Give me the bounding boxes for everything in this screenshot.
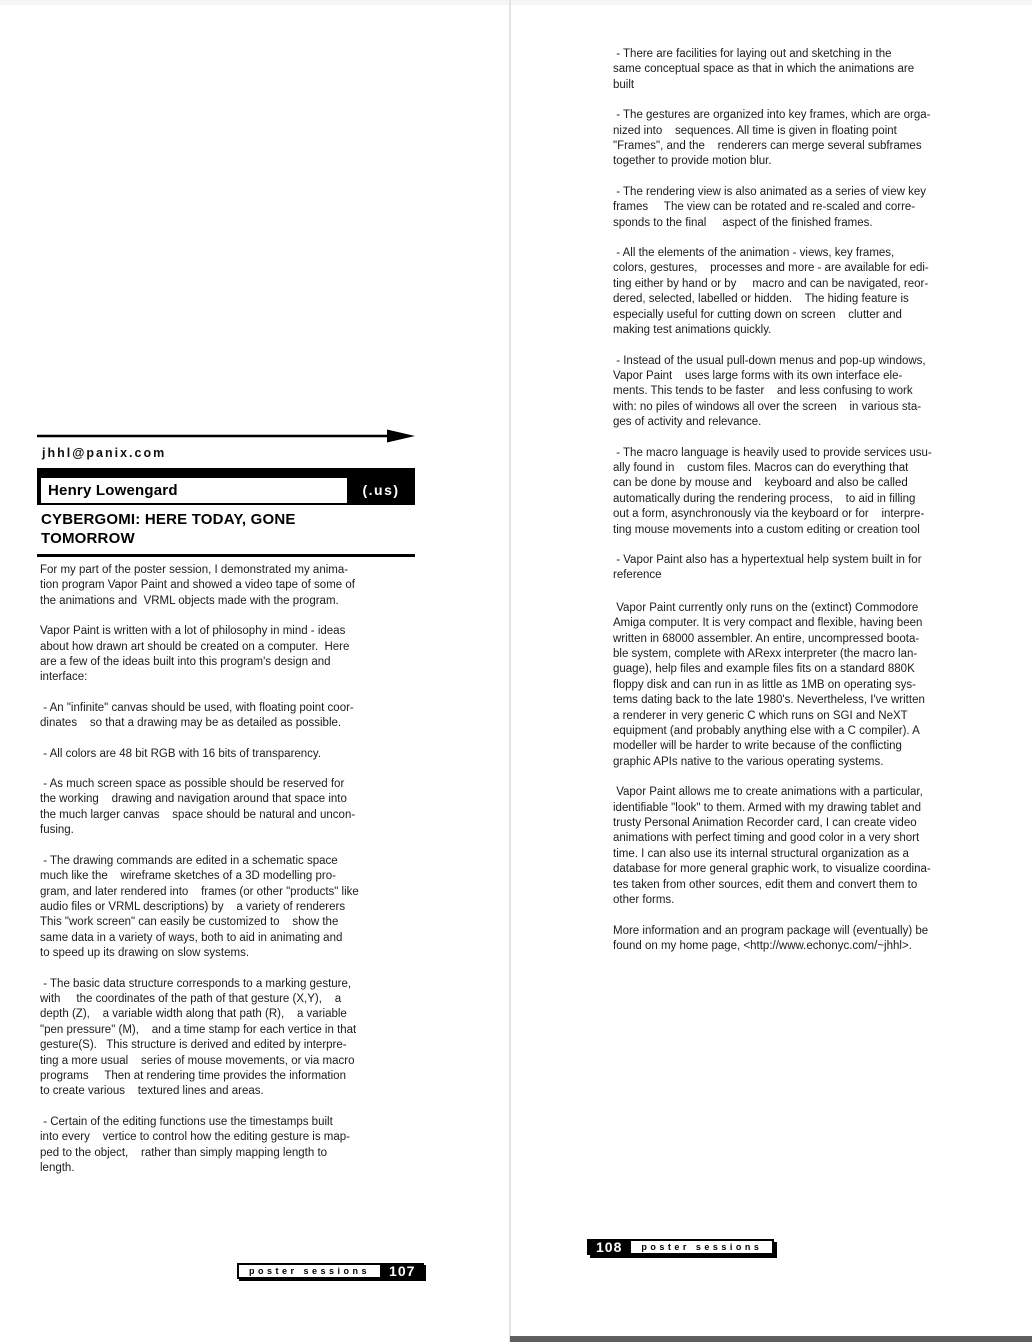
paragraph: - The rendering view is also animated as… bbox=[613, 185, 995, 231]
paragraph: Vapor Paint allows me to create animatio… bbox=[613, 785, 995, 908]
paragraph: Vapor Paint is written with a lot of phi… bbox=[40, 624, 422, 686]
title-rule bbox=[37, 554, 415, 557]
paragraph: - There are facilities for laying out an… bbox=[613, 47, 995, 93]
paragraph: - All colors are 48 bit RGB with 16 bits… bbox=[40, 747, 422, 762]
paragraph: - The basic data structure corresponds t… bbox=[40, 977, 422, 1100]
paragraph: - The macro language is heavily used to … bbox=[613, 446, 995, 538]
paragraph: - Certain of the editing functions use t… bbox=[40, 1115, 422, 1177]
author-banner: Henry Lowengard (.us) bbox=[37, 468, 415, 505]
author-name: Henry Lowengard bbox=[41, 482, 178, 499]
author-email: jhhl@panix.com bbox=[42, 446, 166, 460]
author-name-box: Henry Lowengard bbox=[41, 478, 347, 503]
footer-label-box: poster sessions bbox=[237, 1263, 380, 1279]
footer-page-number: 107 bbox=[380, 1263, 424, 1279]
bottom-edge-bar bbox=[510, 1336, 1032, 1342]
arrow-icon bbox=[37, 428, 415, 444]
article-title: CYBERGOMI: HERE TODAY, GONE TOMORROW bbox=[41, 511, 411, 548]
country-label: (.us) bbox=[347, 482, 415, 505]
footer-left: poster sessions 107 bbox=[237, 1263, 424, 1279]
footer-page-number: 108 bbox=[587, 1239, 631, 1255]
paragraph: - As much screen space as possible shoul… bbox=[40, 777, 422, 839]
right-column: - There are facilities for laying out an… bbox=[613, 47, 995, 969]
paragraph: - The gestures are organized into key fr… bbox=[613, 108, 995, 170]
scan-top-edge bbox=[0, 0, 1032, 5]
footer-right: 108 poster sessions bbox=[587, 1239, 774, 1255]
paragraph: - All the elements of the animation - vi… bbox=[613, 246, 995, 338]
paragraph: - Vapor Paint also has a hypertextual he… bbox=[613, 553, 995, 584]
paragraph: More information and an program package … bbox=[613, 924, 995, 955]
paragraph: Vapor Paint currently only runs on the (… bbox=[613, 601, 995, 770]
footer-label-box: poster sessions bbox=[631, 1239, 774, 1255]
left-column: For my part of the poster session, I dem… bbox=[40, 563, 422, 1191]
page-separator bbox=[509, 0, 511, 1342]
footer-page-label: poster sessions bbox=[641, 1242, 762, 1252]
paragraph: For my part of the poster session, I dem… bbox=[40, 563, 422, 609]
paragraph: - An "infinite" canvas should be used, w… bbox=[40, 701, 422, 732]
paragraph: - The drawing commands are edited in a s… bbox=[40, 854, 422, 962]
paragraph: - Instead of the usual pull-down menus a… bbox=[613, 354, 995, 431]
footer-page-label: poster sessions bbox=[249, 1266, 370, 1276]
